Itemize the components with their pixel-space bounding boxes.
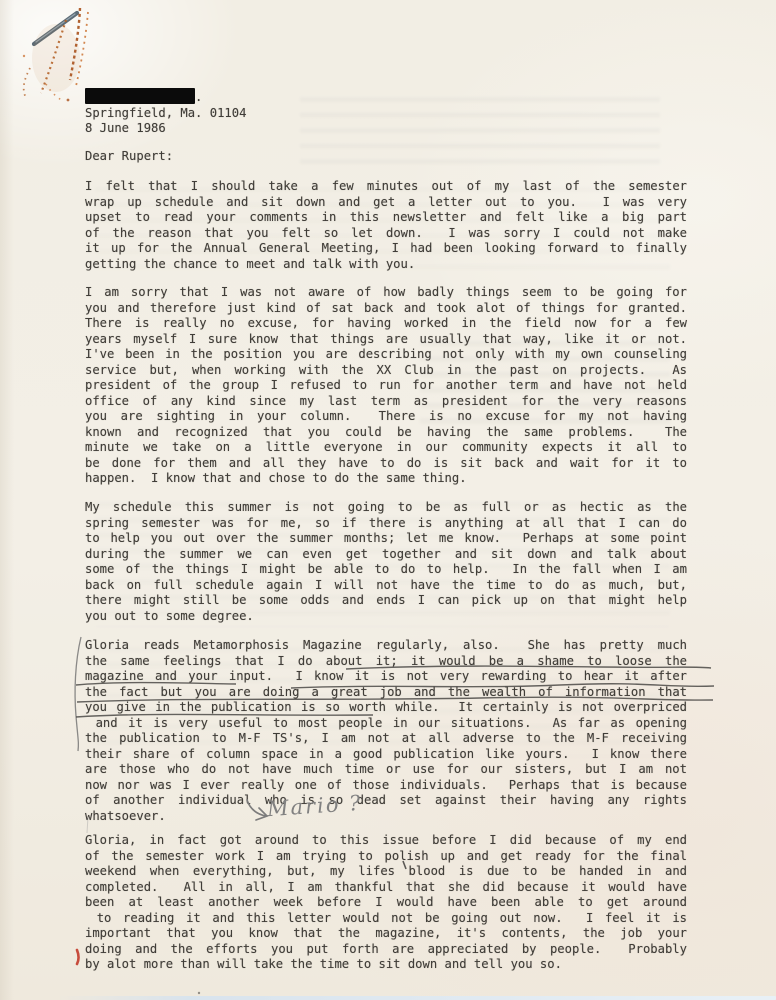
salutation: Dear Rupert: bbox=[85, 149, 687, 165]
margin-bracket-line bbox=[75, 637, 81, 751]
letter-line: Gloria, in fact got around to this issue… bbox=[85, 833, 687, 849]
letter-line: by alot more than will take the time to … bbox=[85, 957, 687, 973]
letter-line: I felt that I should take a few minutes … bbox=[85, 179, 687, 195]
letter-line: upset to read your comments in this news… bbox=[85, 210, 687, 226]
letter-line: minute we take on a little everyone in o… bbox=[85, 440, 687, 456]
date-line: 8 June 1986 bbox=[85, 121, 687, 137]
redacted-address-line: . bbox=[85, 88, 687, 106]
letter-line: service but, when working with the XX Cl… bbox=[85, 363, 687, 379]
letter-line: magazine and your input. I know it is no… bbox=[85, 669, 687, 685]
letter-line: you are sighting in your column. There i… bbox=[85, 409, 687, 425]
letter-line: years myself I sure know that things are… bbox=[85, 332, 687, 348]
letter-line: happen. I know that and chose to do the … bbox=[85, 471, 687, 487]
letter-line: it up for the Annual General Meeting, I … bbox=[85, 241, 687, 257]
letter-line: the fact but you are doing a great job a… bbox=[85, 685, 687, 701]
letter-line: completed. All in all, I am thankful tha… bbox=[85, 880, 687, 896]
redaction-bar bbox=[85, 88, 195, 104]
next-page-edge bbox=[58, 996, 776, 1000]
letter-line: doing and the efforts you put forth are … bbox=[85, 942, 687, 958]
letter-line: of the reason that you felt so let down.… bbox=[85, 226, 687, 242]
red-margin-tick bbox=[77, 950, 79, 964]
ink-dot bbox=[198, 992, 200, 994]
letter-line: known and recognized that you could be h… bbox=[85, 425, 687, 441]
letter-line: office of any kind since my last term as… bbox=[85, 394, 687, 410]
letter-line: to reading it and this letter would not … bbox=[85, 911, 687, 927]
paragraph-4: Gloria reads Metamorphosis Magazine regu… bbox=[85, 638, 687, 824]
letter-line: weekend when everything, but, my lifes b… bbox=[85, 864, 687, 880]
address-block: . Springfield, Ma. 01104 8 June 1986 bbox=[85, 88, 687, 137]
letter-line: their share of column space in a good pu… bbox=[85, 747, 687, 763]
letter-line: important that you know that the magazin… bbox=[85, 926, 687, 942]
letter-line: the same feelings that I do about it; it… bbox=[85, 654, 687, 670]
city-line: Springfield, Ma. 01104 bbox=[85, 106, 687, 122]
redaction-suffix: . bbox=[195, 90, 202, 104]
paragraph-3: My schedule this summer is not going to … bbox=[85, 500, 687, 624]
letter-line: I am sorry that I was not aware of how b… bbox=[85, 285, 687, 301]
letter-line: I've been in the position you are descri… bbox=[85, 347, 687, 363]
letter-line: whatsoever. bbox=[85, 809, 687, 825]
letter-line: of the semester work I am trying to poli… bbox=[85, 849, 687, 865]
letter-line: wrap up schedule and sit down and get a … bbox=[85, 195, 687, 211]
letter-line: My schedule this summer is not going to … bbox=[85, 500, 687, 516]
letter-line: spring semester was for me, so if there … bbox=[85, 516, 687, 532]
rust-stain bbox=[23, 8, 88, 101]
paragraph-1: I felt that I should take a few minutes … bbox=[85, 179, 687, 272]
letter-line: some of the things I might be able to do… bbox=[85, 562, 687, 578]
scanned-letter-page: . Springfield, Ma. 01104 8 June 1986 Dea… bbox=[0, 0, 776, 1000]
letter-line: there might still be some odds and ends … bbox=[85, 593, 687, 609]
letter-line: you give in the publication is so worth … bbox=[85, 700, 687, 716]
staple-mark bbox=[34, 13, 77, 44]
paragraph-5: Gloria, in fact got around to this issue… bbox=[85, 833, 687, 973]
paragraph-2: I am sorry that I was not aware of how b… bbox=[85, 285, 687, 487]
letter-line: to help you out over the summer months; … bbox=[85, 531, 687, 547]
letter-line: been at least another week before I woul… bbox=[85, 895, 687, 911]
letter-line: president of the group I refused to run … bbox=[85, 378, 687, 394]
letter-line: you out to some degree. bbox=[85, 609, 687, 625]
letter-line: Gloria reads Metamorphosis Magazine regu… bbox=[85, 638, 687, 654]
letter-line: you and therefore just kind of sat back … bbox=[85, 301, 687, 317]
letter-line: getting the chance to meet and talk with… bbox=[85, 257, 687, 273]
letter-line: now nor was I ever really one of those i… bbox=[85, 778, 687, 794]
letter-line: There is really no excuse, for having wo… bbox=[85, 316, 687, 332]
letter-line: be done for them and all they have to do… bbox=[85, 456, 687, 472]
letter-line: the publication to M-F TS's, I am not at… bbox=[85, 731, 687, 747]
letter-line: are those who do not have much time or u… bbox=[85, 762, 687, 778]
letter-line: and it is very useful to most people in … bbox=[85, 716, 687, 732]
letter-line: back on full schedule again I will not h… bbox=[85, 578, 687, 594]
letter-line: during the summer we can even get togeth… bbox=[85, 547, 687, 563]
letter-line: of another individual who is so dead set… bbox=[85, 793, 687, 809]
